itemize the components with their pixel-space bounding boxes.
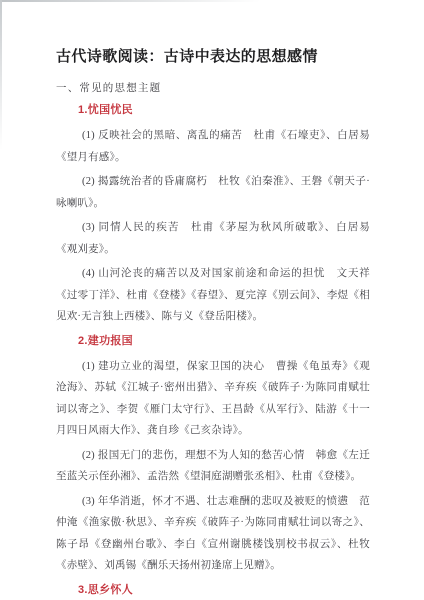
page-edge-top — [0, 0, 260, 2]
list-item: (1) 反映社会的黑暗、离乱的痛苦 杜甫《石壕吏》、白居易《望月有感》。 — [56, 125, 370, 168]
section-body: (1) 反映社会的黑暗、离乱的痛苦 杜甫《石壕吏》、白居易《望月有感》。 (2)… — [56, 125, 370, 328]
list-item: (2) 报国无门的悲伤，理想不为人知的愁苦心情 韩愈《左迁至蓝关示侄孙湘》、孟浩… — [56, 445, 370, 488]
section-worry-for-country: 1.忧国忧民 (1) 反映社会的黑暗、离乱的痛苦 杜甫《石壕吏》、白居易《望月有… — [56, 103, 370, 328]
page-edge-left — [0, 0, 2, 150]
section-heading-serve-country: 2.建功报国 — [78, 334, 370, 349]
page-title: 古代诗歌阅读：古诗中表达的思想感情 — [56, 47, 370, 67]
document-page: 古代诗歌阅读：古诗中表达的思想感情 一、常见的思想主题 1.忧国忧民 (1) 反… — [0, 0, 424, 600]
section-heading-homesickness: 3.思乡怀人 — [78, 583, 370, 598]
list-item: (4) 山河沦丧的痛苦以及对国家前途和命运的担忧 文天祥《过零丁洋》、杜甫《登楼… — [56, 263, 370, 328]
list-item: (1) 建功立业的渴望，保家卫国的决心 曹操《龟虽寿》《观沧海》、苏轼《江城子·… — [56, 356, 370, 442]
section-serve-country: 2.建功报国 (1) 建功立业的渴望，保家卫国的决心 曹操《龟虽寿》《观沧海》、… — [56, 334, 370, 577]
list-item: (3) 同情人民的疾苦 杜甫《茅屋为秋风所破歌》、白居易《观刈麦》。 — [56, 217, 370, 260]
section-homesickness: 3.思乡怀人 — [56, 583, 370, 598]
list-item: (3) 年华消逝，怀才不遇、壮志难酬的悲叹及被贬的愤懑 范仲淹《渔家傲·秋思》、… — [56, 491, 370, 577]
outline-heading: 一、常见的思想主题 — [56, 82, 370, 96]
section-body: (1) 建功立业的渴望，保家卫国的决心 曹操《龟虽寿》《观沧海》、苏轼《江城子·… — [56, 356, 370, 577]
list-item: (2) 揭露统治者的昏庸腐朽 杜牧《泊秦淮》、王磐《朝天子·咏喇叭》。 — [56, 171, 370, 214]
section-heading-worry-for-country: 1.忧国忧民 — [78, 103, 370, 118]
